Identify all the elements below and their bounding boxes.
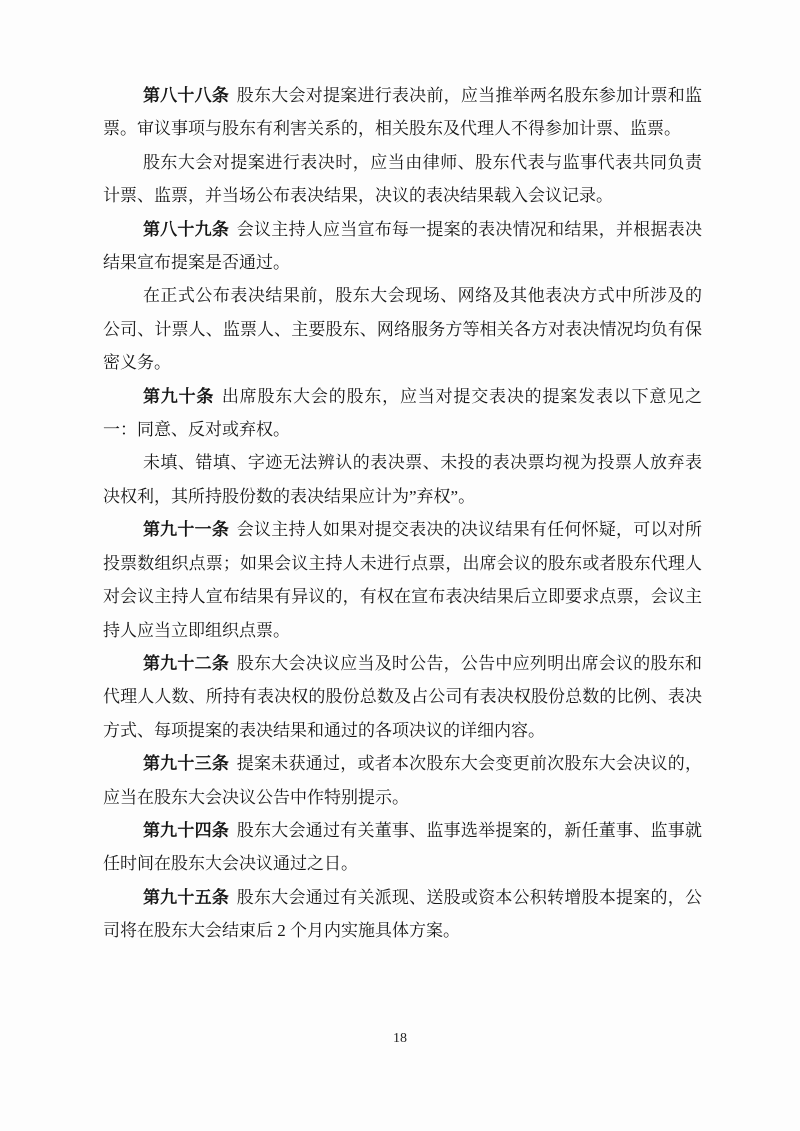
article-number-label: 第九十一条 <box>143 520 229 539</box>
article-number-label: 第八十九条 <box>143 220 229 239</box>
article-number-label: 第八十八条 <box>143 86 229 105</box>
article-paragraph: 第九十二条股东大会决议应当及时公告，公告中应列明出席会议的股东和代理人人数、所持… <box>103 647 702 747</box>
article-number-label: 第九十三条 <box>143 754 229 773</box>
article-paragraph: 第九十一条会议主持人如果对提交表决的决议结果有任何怀疑，可以对所投票数组织点票；… <box>103 513 702 647</box>
page-number: 18 <box>0 1029 800 1049</box>
article-number-label: 第九十四条 <box>143 821 229 840</box>
article-text: 未填、错填、字迹无法辨认的表决票、未投的表决票均视为投票人放弃表决权利，其所持股… <box>103 453 702 505</box>
article-paragraph: 股东大会对提案进行表决时，应当由律师、股东代表与监事代表共同负责计票、监票，并当… <box>103 146 702 213</box>
article-number-label: 第九十五条 <box>143 888 229 907</box>
document-page: 第八十八条股东大会对提案进行表决前，应当推举两名股东参加计票和监票。审议事项与股… <box>0 0 800 1131</box>
article-paragraph: 在正式公布表决结果前，股东大会现场、网络及其他表决方式中所涉及的公司、计票人、监… <box>103 279 702 379</box>
article-number-label: 第九十二条 <box>143 654 229 673</box>
article-paragraph: 第八十九条会议主持人应当宣布每一提案的表决情况和结果，并根据表决结果宣布提案是否… <box>103 213 702 280</box>
article-text: 在正式公布表决结果前，股东大会现场、网络及其他表决方式中所涉及的公司、计票人、监… <box>103 286 702 372</box>
article-paragraph: 第九十三条提案未获通过，或者本次股东大会变更前次股东大会决议的，应当在股东大会决… <box>103 747 702 814</box>
article-number-label: 第九十条 <box>143 387 214 406</box>
document-body: 第八十八条股东大会对提案进行表决前，应当推举两名股东参加计票和监票。审议事项与股… <box>103 79 702 948</box>
article-text: 股东大会对提案进行表决时，应当由律师、股东代表与监事代表共同负责计票、监票，并当… <box>103 153 702 205</box>
article-paragraph: 第八十八条股东大会对提案进行表决前，应当推举两名股东参加计票和监票。审议事项与股… <box>103 79 702 146</box>
article-paragraph: 第九十五条股东大会通过有关派现、送股或资本公积转增股本提案的，公司将在股东大会结… <box>103 881 702 948</box>
article-paragraph: 未填、错填、字迹无法辨认的表决票、未投的表决票均视为投票人放弃表决权利，其所持股… <box>103 446 702 513</box>
article-paragraph: 第九十四条股东大会通过有关董事、监事选举提案的，新任董事、监事就任时间在股东大会… <box>103 814 702 881</box>
article-paragraph: 第九十条出席股东大会的股东，应当对提交表决的提案发表以下意见之一：同意、反对或弃… <box>103 380 702 447</box>
